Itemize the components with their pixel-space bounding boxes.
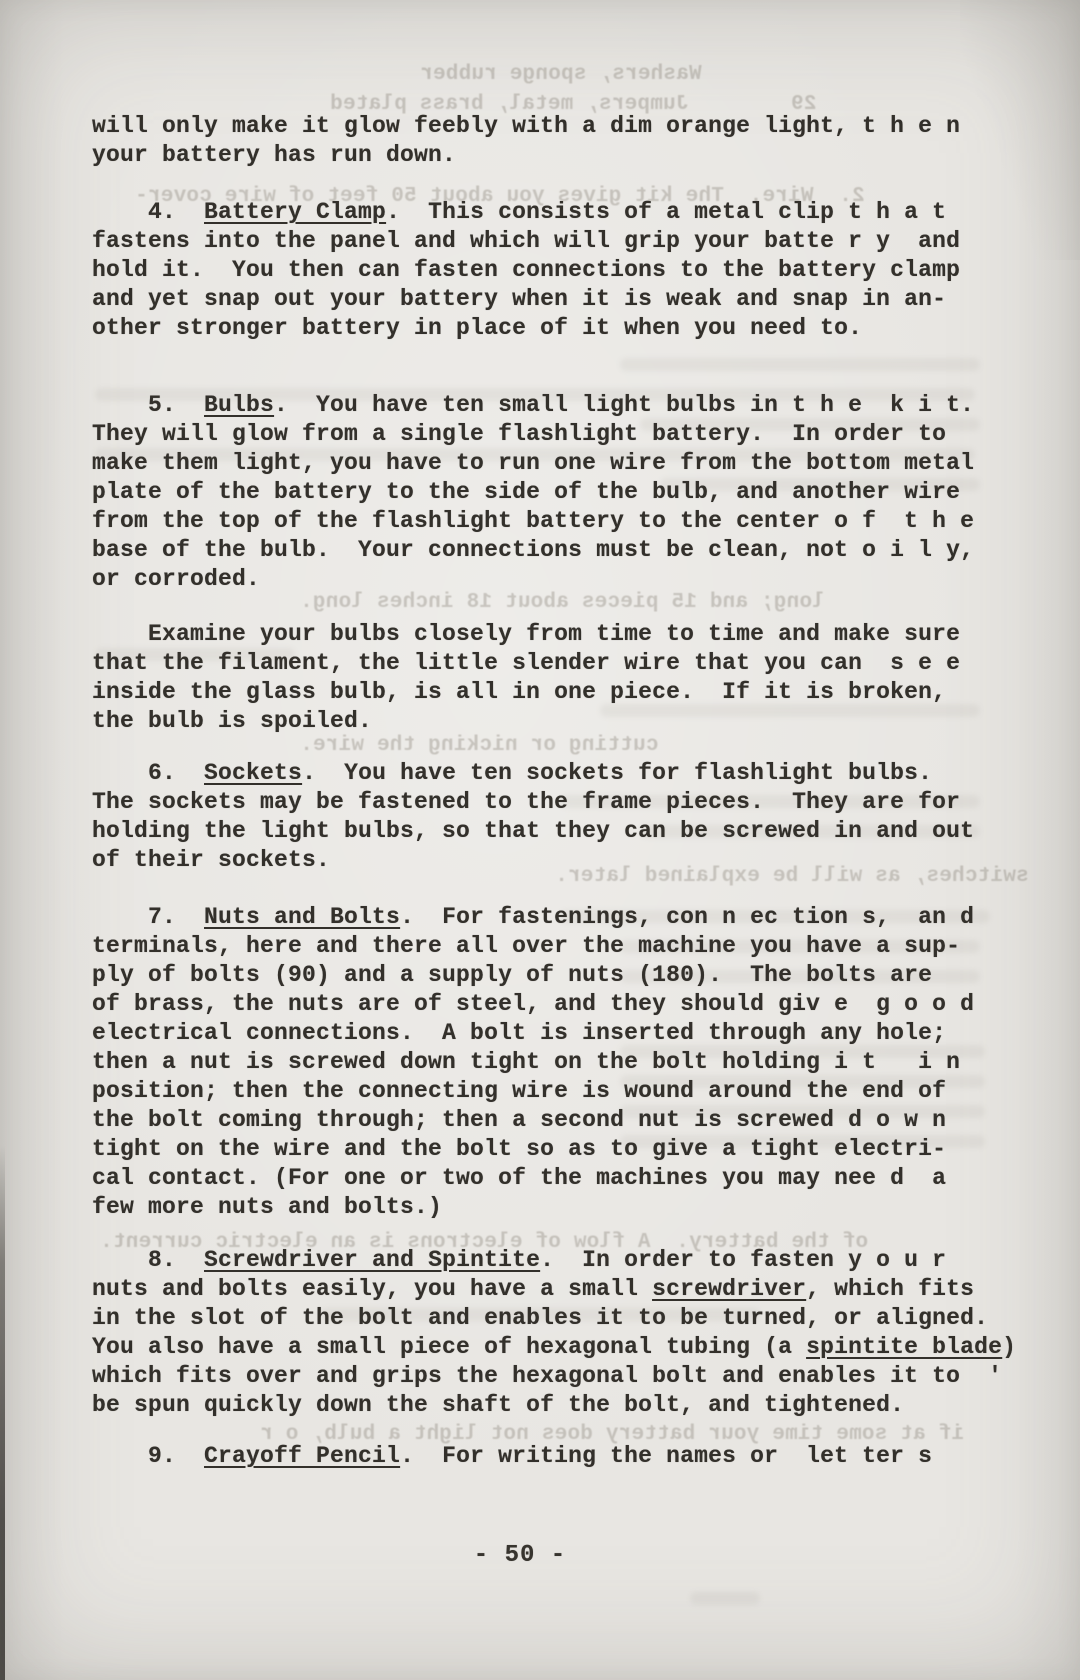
page-number: - 50 -: [0, 1542, 1040, 1569]
text-line: 8. Screwdriver and Spintite. In order to…: [92, 1246, 1042, 1275]
text-line: which fits over and grips the hexagonal …: [92, 1362, 1042, 1391]
underlined-term: screwdriver: [652, 1276, 806, 1302]
text-line: then a nut is screwed down tight on the …: [92, 1048, 1042, 1077]
text-segment: . You have ten small light bulbs in t h …: [274, 392, 974, 418]
text-line: be spun quickly down the shaft of the bo…: [92, 1391, 1042, 1420]
text-segment: your battery has run down.: [92, 142, 456, 168]
underlined-term: spintite blade: [806, 1334, 1002, 1360]
text-segment: make them light, you have to run one wir…: [92, 450, 974, 476]
text-line: from the top of the flashlight battery t…: [92, 507, 1042, 536]
text-segment: fastens into the panel and which will gr…: [92, 228, 960, 254]
paragraph-item-9-crayoff-pencil: 9. Crayoff Pencil. For writing the names…: [92, 1442, 1042, 1471]
text-line: The sockets may be fastened to the frame…: [92, 788, 1042, 817]
text-segment: then a nut is screwed down tight on the …: [92, 1049, 960, 1075]
text-line: few more nuts and bolts.): [92, 1193, 1042, 1222]
text-segment: ply of bolts (90) and a supply of nuts (…: [92, 962, 932, 988]
text-segment: of brass, the nuts are of steel, and the…: [92, 991, 974, 1017]
scan-corner-shade: [960, 0, 1080, 260]
paragraph-item-4-battery-clamp: 4. Battery Clamp. This consists of a met…: [92, 198, 1042, 343]
text-segment: nuts and bolts easily, you have a small: [92, 1276, 652, 1302]
text-segment: that the filament, the little slender wi…: [92, 650, 960, 676]
text-segment: plate of the battery to the side of the …: [92, 479, 960, 505]
text-line: nuts and bolts easily, you have a small …: [92, 1275, 1042, 1304]
underlined-term: Battery Clamp: [204, 199, 386, 225]
text-line: other stronger battery in place of it wh…: [92, 314, 1042, 343]
text-line: position; then the connecting wire is wo…: [92, 1077, 1042, 1106]
text-line: terminals, here and there all over the m…: [92, 932, 1042, 961]
underlined-term: Sockets: [204, 760, 302, 786]
text-segment: . This consists of a metal clip t h a t: [386, 199, 946, 225]
underlined-term: Crayoff Pencil: [204, 1443, 400, 1469]
text-line: tight on the wire and the bolt so as to …: [92, 1135, 1042, 1164]
text-segment: holding the light bulbs, so that they ca…: [92, 818, 974, 844]
text-segment: will only make it glow feebly with a dim…: [92, 113, 960, 139]
text-line: and yet snap out your battery when it is…: [92, 285, 1042, 314]
text-segment: They will glow from a single flashlight …: [92, 421, 946, 447]
text-segment: 6.: [92, 760, 204, 786]
text-segment: other stronger battery in place of it wh…: [92, 315, 862, 341]
text-segment: cal contact. (For one or two of the mach…: [92, 1165, 946, 1191]
text-line: the bulb is spoiled.: [92, 707, 1042, 736]
text-segment: few more nuts and bolts.): [92, 1194, 442, 1220]
text-segment: and yet snap out your battery when it is…: [92, 286, 946, 312]
scanned-page: Washers, sponge rubber29 Jumpers, metal,…: [0, 0, 1080, 1680]
document-body: will only make it glow feebly with a dim…: [0, 0, 1080, 1680]
paragraph-item-8-screwdriver-and-spintite: 8. Screwdriver and Spintite. In order to…: [92, 1246, 1042, 1420]
text-line: will only make it glow feebly with a dim…: [92, 112, 1042, 141]
text-segment: 4.: [92, 199, 204, 225]
text-segment: . For fastenings, con n ec tion s, an d: [400, 904, 974, 930]
text-line: base of the bulb. Your connections must …: [92, 536, 1042, 565]
underlined-term: Nuts and Bolts: [204, 904, 400, 930]
text-segment: ): [1002, 1334, 1016, 1360]
text-segment: or corroded.: [92, 566, 260, 592]
text-line: You also have a small piece of hexagonal…: [92, 1333, 1042, 1362]
scan-edge-artifact: [0, 1145, 5, 1680]
text-segment: from the top of the flashlight battery t…: [92, 508, 974, 534]
text-segment: , which fits: [806, 1276, 974, 1302]
text-segment: tight on the wire and the bolt so as to …: [92, 1136, 946, 1162]
text-line: They will glow from a single flashlight …: [92, 420, 1042, 449]
text-segment: terminals, here and there all over the m…: [92, 933, 960, 959]
text-segment: the bulb is spoiled.: [92, 708, 372, 734]
text-segment: inside the glass bulb, is all in one pie…: [92, 679, 946, 705]
text-line: plate of the battery to the side of the …: [92, 478, 1042, 507]
text-line: of their sockets.: [92, 846, 1042, 875]
text-segment: 5.: [92, 392, 204, 418]
paragraph-bulb-inspection-note: Examine your bulbs closely from time to …: [92, 620, 1042, 736]
text-line: 6. Sockets. You have ten sockets for fla…: [92, 759, 1042, 788]
text-segment: 7.: [92, 904, 204, 930]
text-line: in the slot of the bolt and enables it t…: [92, 1304, 1042, 1333]
text-line: hold it. You then can fasten connections…: [92, 256, 1042, 285]
text-line: holding the light bulbs, so that they ca…: [92, 817, 1042, 846]
text-segment: which fits over and grips the hexagonal …: [92, 1363, 1002, 1389]
text-line: that the filament, the little slender wi…: [92, 649, 1042, 678]
text-segment: The sockets may be fastened to the frame…: [92, 789, 960, 815]
text-line: or corroded.: [92, 565, 1042, 594]
text-segment: . You have ten sockets for flashlight bu…: [302, 760, 932, 786]
text-segment: hold it. You then can fasten connections…: [92, 257, 960, 283]
underlined-term: Bulbs: [204, 392, 274, 418]
paragraph-intro-continuation: will only make it glow feebly with a dim…: [92, 112, 1042, 170]
text-line: cal contact. (For one or two of the mach…: [92, 1164, 1042, 1193]
text-line: 7. Nuts and Bolts. For fastenings, con n…: [92, 903, 1042, 932]
text-line: 9. Crayoff Pencil. For writing the names…: [92, 1442, 1042, 1471]
text-line: your battery has run down.: [92, 141, 1042, 170]
text-line: make them light, you have to run one wir…: [92, 449, 1042, 478]
underlined-term: Screwdriver and Spintite: [204, 1247, 540, 1273]
text-segment: the bolt coming through; then a second n…: [92, 1107, 946, 1133]
paragraph-item-6-sockets: 6. Sockets. You have ten sockets for fla…: [92, 759, 1042, 875]
text-line: 4. Battery Clamp. This consists of a met…: [92, 198, 1042, 227]
text-line: Examine your bulbs closely from time to …: [92, 620, 1042, 649]
text-segment: . For writing the names or let ter s: [400, 1443, 932, 1469]
text-segment: 8.: [92, 1247, 204, 1273]
text-segment: electrical connections. A bolt is insert…: [92, 1020, 946, 1046]
text-line: electrical connections. A bolt is insert…: [92, 1019, 1042, 1048]
text-line: of brass, the nuts are of steel, and the…: [92, 990, 1042, 1019]
paragraph-item-5-bulbs: 5. Bulbs. You have ten small light bulbs…: [92, 391, 1042, 594]
text-line: 5. Bulbs. You have ten small light bulbs…: [92, 391, 1042, 420]
text-line: ply of bolts (90) and a supply of nuts (…: [92, 961, 1042, 990]
text-segment: Examine your bulbs closely from time to …: [92, 621, 960, 647]
text-line: inside the glass bulb, is all in one pie…: [92, 678, 1042, 707]
text-segment: . In order to fasten y o u r: [540, 1247, 946, 1273]
text-segment: in the slot of the bolt and enables it t…: [92, 1305, 988, 1331]
text-segment: 9.: [92, 1443, 204, 1469]
text-segment: position; then the connecting wire is wo…: [92, 1078, 946, 1104]
text-line: fastens into the panel and which will gr…: [92, 227, 1042, 256]
text-segment: of their sockets.: [92, 847, 330, 873]
text-line: the bolt coming through; then a second n…: [92, 1106, 1042, 1135]
text-segment: base of the bulb. Your connections must …: [92, 537, 974, 563]
text-segment: You also have a small piece of hexagonal…: [92, 1334, 806, 1360]
text-segment: be spun quickly down the shaft of the bo…: [92, 1392, 904, 1418]
paragraph-item-7-nuts-and-bolts: 7. Nuts and Bolts. For fastenings, con n…: [92, 903, 1042, 1222]
